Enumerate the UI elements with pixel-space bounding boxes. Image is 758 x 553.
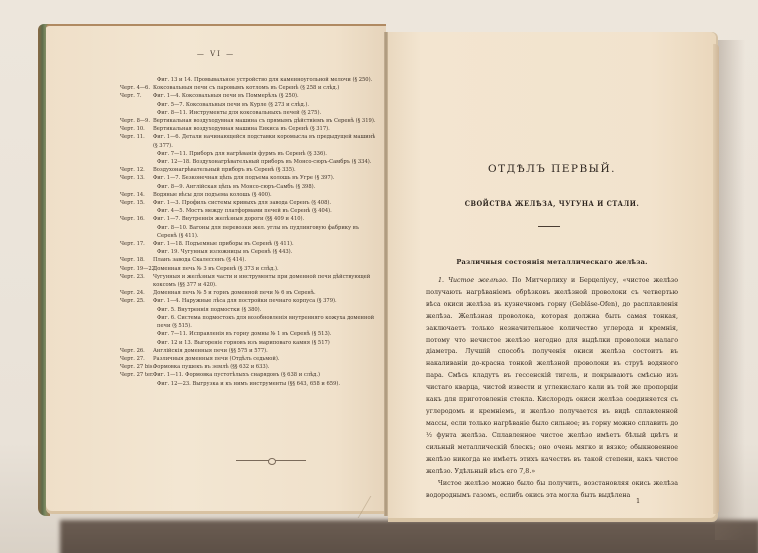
plate-number: Черт. 18. <box>120 256 153 264</box>
paragraph: 1. Чистое желѣзо. По Митчерлиху и Берцел… <box>426 275 678 477</box>
figure-list-item: Фиг. 13 и 14. Промывальное устройство дл… <box>120 76 378 84</box>
plate-number <box>120 101 153 109</box>
plate-number: Черт. 27 ter. <box>120 371 153 379</box>
figure-list-item: Черт. 12.Воздухонагрѣвательный приборъ в… <box>120 166 378 174</box>
part-title: ОТДѢЛЪ ПЕРВЫЙ. <box>388 163 716 175</box>
figure-description: Вертикальная воздуходувная машина съ пря… <box>153 117 378 125</box>
title-divider <box>538 226 560 227</box>
figure-list: Фиг. 13 и 14. Промывальное устройство дл… <box>120 76 378 388</box>
plate-number: Черт. 4—6. <box>120 84 153 92</box>
plate-number: Черт. 15. <box>120 199 153 207</box>
plate-number <box>120 183 153 191</box>
figure-description: Чугунныя и желѣзныя части и инструменты … <box>153 273 378 289</box>
figure-description: Фиг. 1—4. Коксовальныя печи въ Поммерѣль… <box>153 92 378 100</box>
figure-list-item: Фиг. 12 и 13. Выгореніе горновъ изъ мари… <box>120 339 378 347</box>
plate-number <box>120 207 153 215</box>
plate-number: Черт. 12. <box>120 166 153 174</box>
figure-description: Фиг. 12—23. Выгрузка и къ нимъ инструмен… <box>153 380 378 388</box>
figure-description: Фиг. 12—18. Воздухонагрѣвательный прибор… <box>153 158 378 166</box>
figure-description: Фиг. 1—7. Безконечная цѣпь для подъема к… <box>153 174 378 182</box>
figure-description: Фиг. 1—11. Формовка пустотѣлыхъ снарядов… <box>153 371 378 379</box>
plate-number <box>120 306 153 314</box>
figure-description: Фиг. 8—9. Англійская цѣпь въ Монсо-сюръ-… <box>153 183 378 191</box>
chapter-title: СВОЙСТВА ЖЕЛѢЗА, ЧУГУНА И СТАЛИ. <box>408 199 697 208</box>
plate-number: Черт. 13. <box>120 174 153 182</box>
plate-number <box>120 380 153 388</box>
figure-list-item: Черт. 11.Фиг. 1—6. Детали начинающейся п… <box>120 133 378 149</box>
figure-description: Фиг. 7—11. Исправленія въ горну домны № … <box>153 330 378 338</box>
plate-number <box>120 224 153 240</box>
plate-number <box>120 330 153 338</box>
figure-list-item: Черт. 7.Фиг. 1—4. Коксовальныя печи въ П… <box>120 92 378 100</box>
plate-number: Черт. 16. <box>120 215 153 223</box>
table-shadow <box>60 520 758 553</box>
page-edges <box>713 44 719 514</box>
plate-number: Черт. 7. <box>120 92 153 100</box>
plate-number: Черт. 24. <box>120 289 153 297</box>
left-page: — VI — Фиг. 13 и 14. Промывальное устрой… <box>46 24 386 514</box>
figure-list-item: Фиг. 6. Система подмостокъ для возобновл… <box>120 314 378 330</box>
figure-list-item: Черт. 27 ter.Фиг. 1—11. Формовка пустотѣ… <box>120 371 378 379</box>
plate-number <box>120 158 153 166</box>
figure-list-item: Черт. 25.Фиг. 1—4. Наружные лѣса для пос… <box>120 297 378 305</box>
figure-list-item: Черт. 4—6.Коксовальныя печи съ паровымъ … <box>120 84 378 92</box>
plate-number <box>120 339 153 347</box>
figure-description: Формовка пушекъ въ землѣ (§§ 632 и 633). <box>153 363 378 371</box>
figure-list-item: Черт. 16.Фиг. 1—7. Внутреннія желѣзныя д… <box>120 215 378 223</box>
figure-description: Фиг. 7—11. Приборъ для нагрѣванія фурмъ … <box>153 150 378 158</box>
figure-list-item: Фиг. 12—23. Выгрузка и къ нимъ инструмен… <box>120 380 378 388</box>
plate-number: Черт. 26. <box>120 347 153 355</box>
plate-number <box>120 150 153 158</box>
figure-list-item: Черт. 15.Фиг. 1—3. Профиль системы кривы… <box>120 199 378 207</box>
figure-list-item: Фиг. 7—11. Приборъ для нагрѣванія фурмъ … <box>120 150 378 158</box>
figure-description: Доменная печь № 5 и горнъ доменной печи … <box>153 289 378 297</box>
figure-description: Фиг. 19. Чугунныя изложницы въ Серенѣ (§… <box>153 248 378 256</box>
figure-description: Фиг. 8—10. Вагоны для перевозки жел. угл… <box>153 224 378 240</box>
right-page: ОТДѢЛЪ ПЕРВЫЙ. СВОЙСТВА ЖЕЛѢЗА, ЧУГУНА И… <box>388 32 716 522</box>
plate-number <box>120 248 153 256</box>
plate-number: Черт. 23. <box>120 273 153 289</box>
plate-number: Черт. 8—9. <box>120 117 153 125</box>
figure-description: Фиг. 1—3. Профиль системы кривыхъ для за… <box>153 199 378 207</box>
plate-number <box>120 109 153 117</box>
figure-list-item: Черт. 17.Фиг. 1—18. Подъемные приборы въ… <box>120 240 378 248</box>
figure-list-item: Черт. 14.Водяные вѣсы для подъема колошь… <box>120 191 378 199</box>
figure-description: Фиг. 4—5. Мостъ между платформами печей … <box>153 207 378 215</box>
plate-number <box>120 314 153 330</box>
figure-list-item: Фиг. 4—5. Мостъ между платформами печей … <box>120 207 378 215</box>
figure-list-item: Черт. 13.Фиг. 1—7. Безконечная цѣпь для … <box>120 174 378 182</box>
figure-list-item: Черт. 10.Вертикальная воздуходувная маши… <box>120 125 378 133</box>
figure-list-item: Черт. 26.Англійскія доменныя печи (§§ 57… <box>120 347 378 355</box>
paragraph-lead: 1. Чистое желѣзо. <box>438 277 508 284</box>
figure-description: Фиг. 1—7. Внутреннія желѣзныя дороги (§§… <box>153 215 378 223</box>
plate-number: Черт. 14. <box>120 191 153 199</box>
figure-description: Фиг. 8—11. Инструменты для коксовальныхъ… <box>153 109 378 117</box>
figure-list-item: Фиг. 5. Внутреннія подмостки (§ 380). <box>120 306 378 314</box>
body-text: 1. Чистое желѣзо. По Митчерлиху и Берцел… <box>426 275 678 502</box>
figure-list-item: Фиг. 19. Чугунныя изложницы въ Серенѣ (§… <box>120 248 378 256</box>
figure-list-item: Черт. 18.Планъ завода Скалессенъ (§ 414)… <box>120 256 378 264</box>
figure-description: Фиг. 5. Внутреннія подмостки (§ 380). <box>153 306 378 314</box>
figure-list-item: Фиг. 12—18. Воздухонагрѣвательный прибор… <box>120 158 378 166</box>
page-number: 1 <box>636 497 640 505</box>
figure-description: Воздухонагрѣвательный приборъ въ Серенѣ … <box>153 166 378 174</box>
figure-description: Планъ завода Скалессенъ (§ 414). <box>153 256 378 264</box>
plate-number: Черт. 27 bis. <box>120 363 153 371</box>
plate-number: Черт. 27. <box>120 355 153 363</box>
book-side-shadow <box>715 40 745 540</box>
ornament-divider <box>236 458 306 462</box>
figure-list-item: Черт. 24.Доменная печь № 5 и горнъ домен… <box>120 289 378 297</box>
figure-description: Фиг. 6. Система подмостокъ для возобновл… <box>153 314 378 330</box>
plate-number: Черт. 17. <box>120 240 153 248</box>
section-title: Различныя состоянія металлическаго желѣз… <box>388 258 716 266</box>
plate-number: Черт. 11. <box>120 133 153 149</box>
figure-description: Фиг. 1—4. Наружные лѣса для постройки пе… <box>153 297 378 305</box>
figure-list-item: Черт. 8—9.Вертикальная воздуходувная маш… <box>120 117 378 125</box>
figure-list-item: Черт. 27 bis.Формовка пушекъ въ землѣ (§… <box>120 363 378 371</box>
figure-description: Фиг. 1—6. Детали начинающейся подставки … <box>153 133 378 149</box>
figure-list-item: Фиг. 8—9. Англійская цѣпь въ Монсо-сюръ-… <box>120 183 378 191</box>
plate-number: Черт. 10. <box>120 125 153 133</box>
figure-list-item: Черт. 23.Чугунныя и желѣзныя части и инс… <box>120 273 378 289</box>
paragraph-text: Чистое желѣзо можно было бы получить, во… <box>426 480 678 499</box>
figure-list-item: Черт. 19—22.Доменная печь № 3 въ Серенѣ … <box>120 265 378 273</box>
paragraph-text: По Митчерлиху и Берцеліусу, «чистое желѣ… <box>426 277 678 475</box>
figure-description: Англійскія доменныя печи (§§ 575 и 577). <box>153 347 378 355</box>
open-book: — VI — Фиг. 13 и 14. Промывальное устрой… <box>38 24 718 524</box>
figure-list-item: Черт. 27.Различныя доменныя печи (Отдѣлъ… <box>120 355 378 363</box>
figure-description: Коксовальныя печи съ паровымъ котломъ въ… <box>153 84 378 92</box>
plate-number: Черт. 19—22. <box>120 265 153 273</box>
figure-description: Фиг. 5—7. Коксовальныя печи въ Курле (§ … <box>153 101 378 109</box>
figure-description: Фиг. 13 и 14. Промывальное устройство дл… <box>153 76 378 84</box>
figure-description: Различныя доменныя печи (Отдѣлъ седьмой)… <box>153 355 378 363</box>
figure-description: Вертикальная воздуходувная машина Енкиса… <box>153 125 378 133</box>
paragraph: Чистое желѣзо можно было бы получить, во… <box>426 478 678 502</box>
figure-description: Доменная печь № 3 въ Серенѣ (§ 373 и слѣ… <box>153 265 378 273</box>
figure-list-item: Фиг. 8—11. Инструменты для коксовальныхъ… <box>120 109 378 117</box>
plate-number <box>120 76 153 84</box>
figure-list-item: Фиг. 5—7. Коксовальныя печи въ Курле (§ … <box>120 101 378 109</box>
figure-description: Фиг. 1—18. Подъемные приборы въ Серенѣ (… <box>153 240 378 248</box>
plate-number: Черт. 25. <box>120 297 153 305</box>
figure-list-item: Фиг. 8—10. Вагоны для перевозки жел. угл… <box>120 224 378 240</box>
figure-list-item: Фиг. 7—11. Исправленія въ горну домны № … <box>120 330 378 338</box>
page-header: — VI — <box>46 50 386 58</box>
figure-description: Водяные вѣсы для подъема колошь (§ 400). <box>153 191 378 199</box>
figure-description: Фиг. 12 и 13. Выгореніе горновъ изъ мари… <box>153 339 378 347</box>
